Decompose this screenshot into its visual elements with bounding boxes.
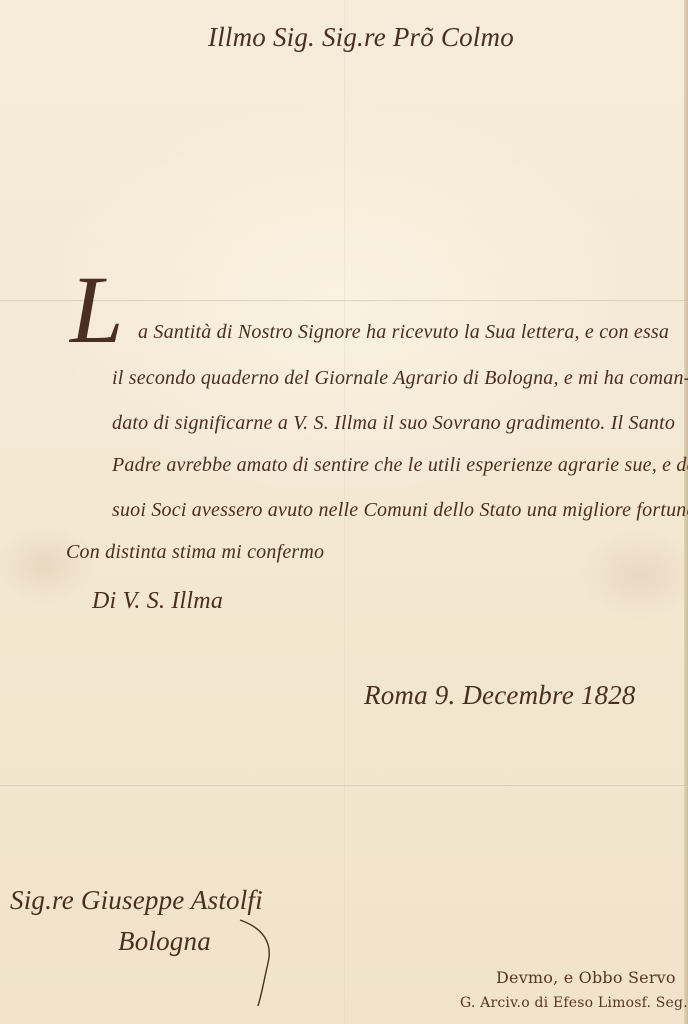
letter-page: Illmo Sig. Sig.re Prõ Colmo L a Santità … [0, 0, 688, 1024]
bracket-flourish-icon [238, 918, 278, 1008]
body-line-3: dato di significarne a V. S. Illma il su… [112, 411, 675, 435]
addressee-name: Sig.re Giuseppe Astolfi [10, 885, 263, 916]
body-line-2: il secondo quaderno del Giornale Agrario… [112, 366, 688, 390]
body-line-1: a Santità di Nostro Signore ha ricevuto … [138, 320, 669, 344]
drop-cap: L [70, 262, 123, 358]
signature-line-2: G. Arciv.o di Efeso Limosf. Seg.rio di N… [460, 995, 688, 1011]
closing: Di V. S. Illma [92, 588, 223, 615]
place-date: Roma 9. Decembre 1828 [364, 680, 636, 711]
salutation: Illmo Sig. Sig.re Prõ Colmo [208, 22, 514, 53]
body-line-6: Con distinta stima mi confermo [66, 540, 324, 564]
addressee-city: Bologna [118, 926, 211, 957]
body-line-4: Padre avrebbe amato di sentire che le ut… [112, 453, 688, 477]
signature-line-1: Devmo, e Obbo Servo [496, 968, 676, 987]
body-line-5: suoi Soci avessero avuto nelle Comuni de… [112, 498, 688, 522]
